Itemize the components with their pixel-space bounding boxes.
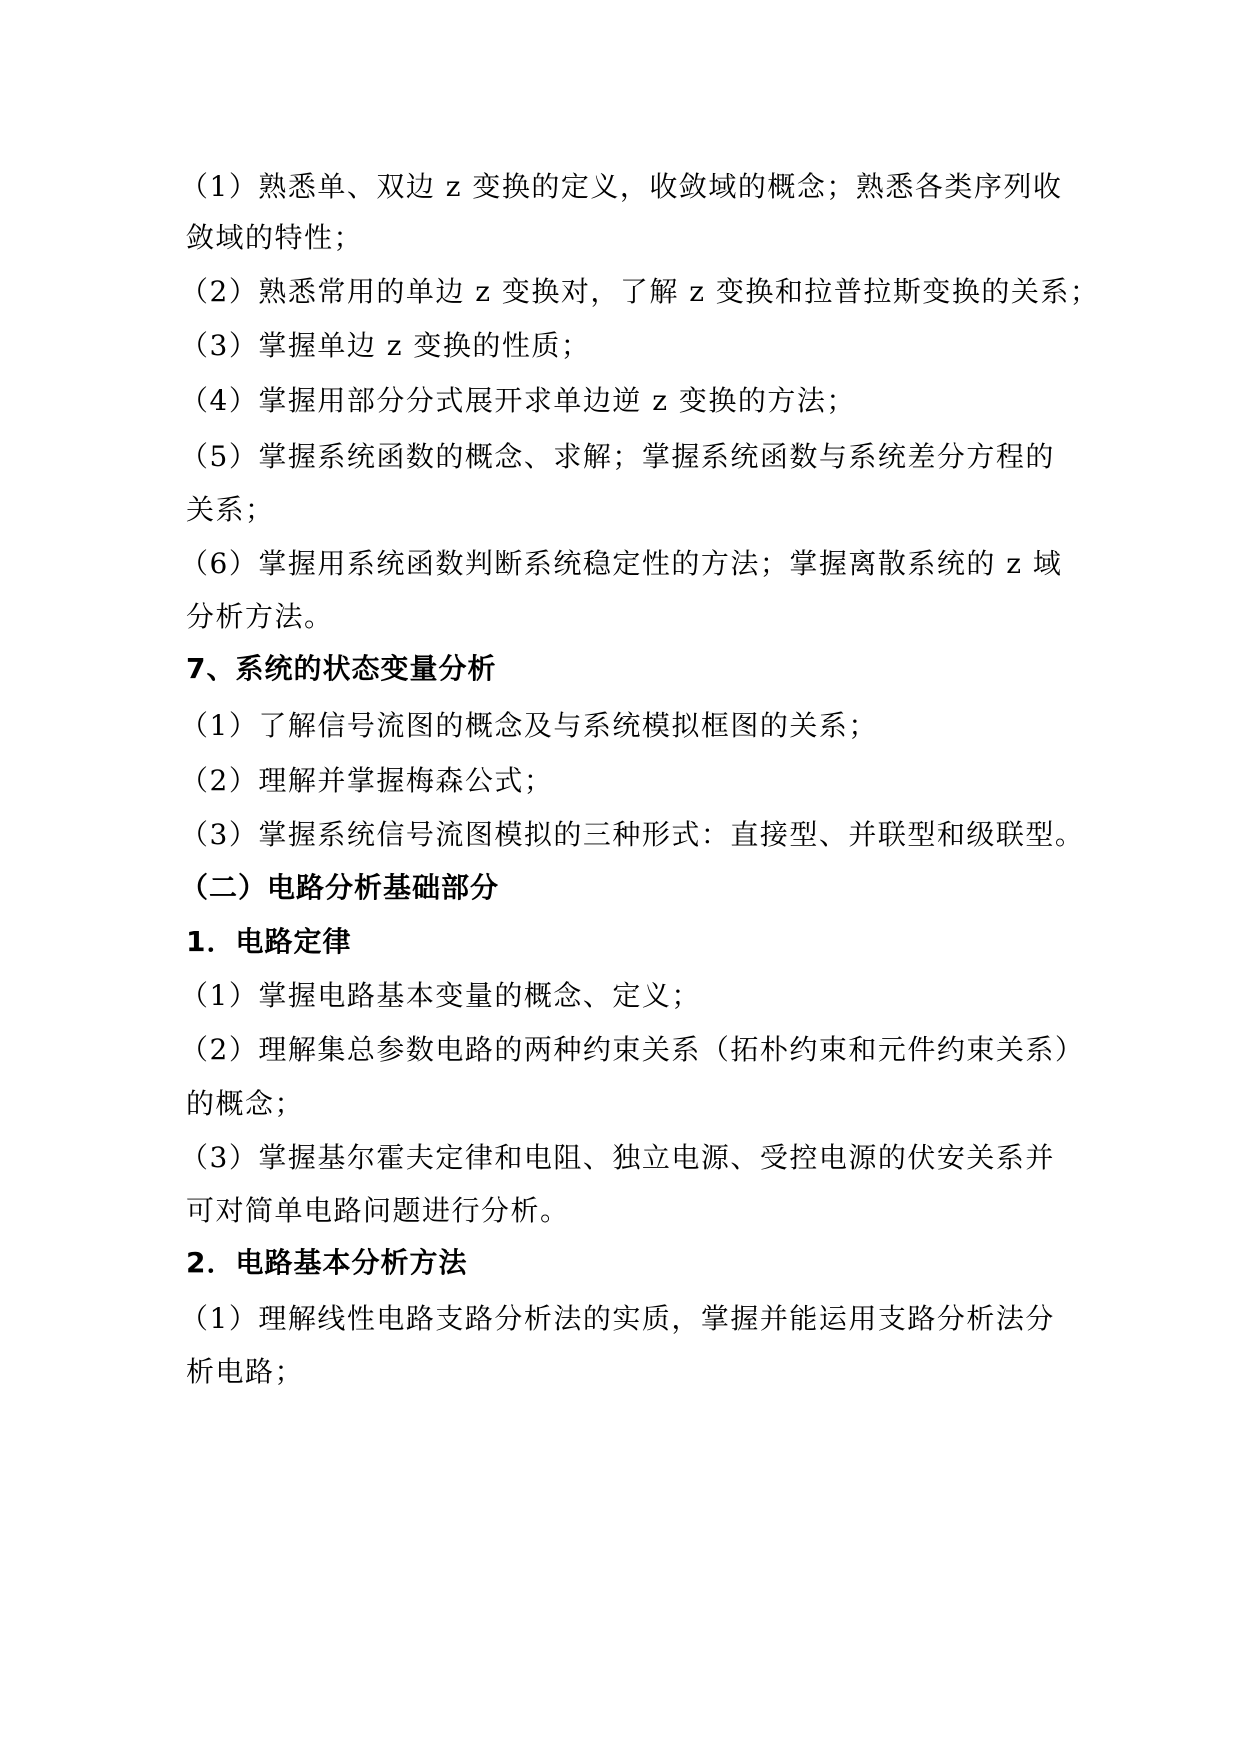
list-item-z-transform-definition: （1）熟悉单、双边 z 变换的定义，收敛域的概念；熟悉各类序列收 <box>180 167 1062 207</box>
list-item-branch-analysis: （1）理解线性电路支路分析法的实质，掌握并能运用支路分析法分 <box>180 1299 1055 1339</box>
list-item-signal-flow-graph: （1）了解信号流图的概念及与系统模拟框图的关系； <box>180 706 878 746</box>
list-item-kirchhoff-laws: （3）掌握基尔霍夫定律和电阻、独立电源、受控电源的伏安关系并 <box>180 1138 1055 1178</box>
list-item-continuation: 敛域的特性； <box>186 218 363 258</box>
section-heading-circuit-laws: 1．电路定律 <box>186 922 351 962</box>
list-item-system-function: （5）掌握系统函数的概念、求解；掌握系统函数与系统差分方程的 <box>180 437 1055 477</box>
list-item-mason-formula: （2）理解并掌握梅森公式； <box>180 761 553 801</box>
section-heading-circuit-analysis: （二）电路分析基础部分 <box>180 868 499 908</box>
list-item-inverse-z-transform: （4）掌握用部分分式展开求单边逆 z 变换的方法； <box>180 381 856 421</box>
list-item-continuation: 分析方法。 <box>186 597 334 637</box>
list-item-circuit-variables: （1）掌握电路基本变量的概念、定义； <box>180 976 701 1016</box>
list-item-continuation: 的概念； <box>186 1084 304 1124</box>
list-item-continuation: 关系； <box>186 490 275 530</box>
list-item-z-transform-properties: （3）掌握单边 z 变换的性质； <box>180 326 590 366</box>
list-item-z-transform-pairs: （2）熟悉常用的单边 z 变换对，了解 z 变换和拉普拉斯变换的关系； <box>180 272 1099 312</box>
list-item-three-forms: （3）掌握系统信号流图模拟的三种形式：直接型、并联型和级联型。 <box>180 815 1084 855</box>
section-heading-circuit-analysis-methods: 2．电路基本分析方法 <box>186 1243 467 1283</box>
list-item-lumped-constraints: （2）理解集总参数电路的两种约束关系（拓朴约束和元件约束关系） <box>180 1030 1084 1070</box>
list-item-continuation: 可对简单电路问题进行分析。 <box>186 1191 570 1231</box>
list-item-continuation: 析电路； <box>186 1352 304 1392</box>
list-item-system-stability: （6）掌握用系统函数判断系统稳定性的方法；掌握离散系统的 z 域 <box>180 544 1062 584</box>
section-heading-state-variable-analysis: 7、系统的状态变量分析 <box>186 649 496 689</box>
document-page: （1）熟悉单、双边 z 变换的定义，收敛域的概念；熟悉各类序列收 敛域的特性； … <box>0 0 1240 1754</box>
